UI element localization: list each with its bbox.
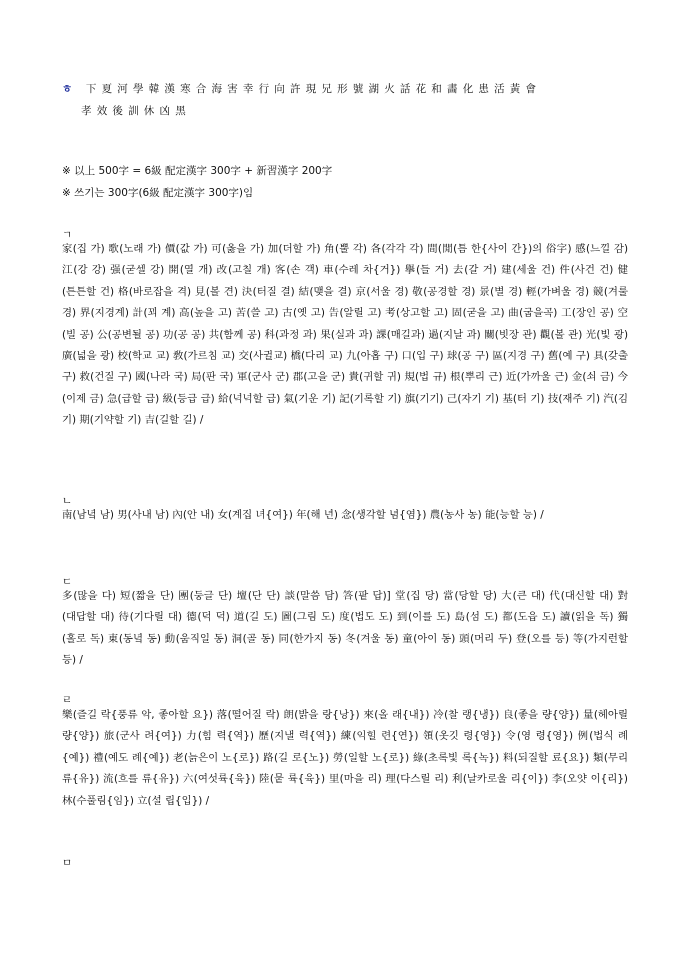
document-page: ㅎ 下夏河學韓漢寒合海害幸行向許現兄形號湖火話花和畵化患活黃會 孝效後訓休凶黑 … (0, 0, 680, 962)
section-text-giyeok: 家(집 가) 歌(노래 가) 價(값 가) 可(옳을 가) 加(더할 가) 角(… (62, 239, 628, 432)
section-text-digeut: 多(많을 다) 短(짧을 단) 團(둥글 단) 壇(단 단) 談(말씀 담) 答… (62, 586, 628, 672)
hanja-list-row-1: 下夏河學韓漢寒合海害幸行向許現兄形號湖火話花和畵化患活黃會 (86, 83, 541, 95)
hieut-bullet-icon: ㅎ (62, 83, 77, 95)
section-text-nieun: 南(남녘 남) 男(사내 남) 內(안 내) 女(계집 녀{여}) 年(해 년)… (62, 505, 628, 526)
note-writing: ※ 쓰기는 300字(6級 配定漢字 300字)임 (62, 185, 253, 200)
hanja-header-row-1: ㅎ 下夏河學韓漢寒合海害幸行向許現兄形號湖火話花和畵化患活黃會 (62, 81, 541, 96)
hanja-list-row-2: 孝效後訓休凶黑 (81, 105, 191, 117)
section-text-rieul: 樂(즐길 락{풍류 악, 좋아할 요}) 落(떨어질 락) 朗(밝을 랑{낭})… (62, 705, 628, 812)
hanja-header-row-2: 孝效後訓休凶黑 (81, 103, 191, 118)
section-heading-mieum: ㅁ (62, 855, 72, 870)
note-total: ※ 以上 500字 = 6級 配定漢字 300字 + 新習漢字 200字 (62, 163, 332, 178)
